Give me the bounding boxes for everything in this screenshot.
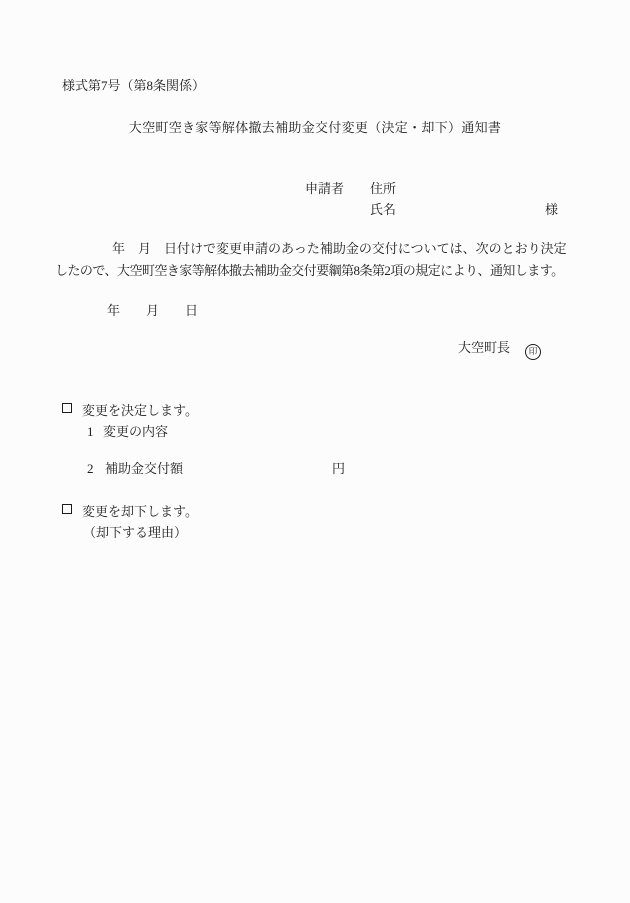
issue-date-line: 年 月 日	[107, 304, 198, 317]
seal-icon: 印	[525, 344, 541, 360]
applicant-honorific: 様	[545, 203, 558, 216]
body-paragraph-line2: したので、大空町空き家等解体撤去補助金交付要綱第8条第2項の規定により、通知しま…	[55, 264, 564, 277]
body-paragraph-line1: 年 月 日付けで変更申請のあった補助金の交付については、次のとおり決定	[112, 242, 567, 255]
document-title: 大空町空き家等解体撤去補助金交付変更（決定・却下）通知書	[0, 121, 630, 134]
issuer-line: 大空町長印	[458, 341, 541, 360]
decision-item-number: 1	[87, 425, 94, 438]
document-page: 様式第7号（第8条関係） 大空町空き家等解体撤去補助金交付変更（決定・却下）通知…	[0, 0, 630, 903]
decision-checkbox[interactable]	[62, 403, 72, 413]
rejection-checkbox-label: 変更を却下します。	[82, 505, 198, 518]
rejection-reason-label: （却下する理由）	[83, 526, 187, 539]
applicant-address-label: 住所	[370, 182, 396, 195]
applicant-name-label: 氏名	[370, 203, 396, 216]
applicant-label: 申請者	[305, 182, 344, 195]
form-number: 様式第7号（第8条関係）	[62, 79, 205, 92]
rejection-checkbox[interactable]	[62, 504, 72, 514]
issuer-name: 大空町長	[458, 340, 510, 355]
subsidy-item-label: 補助金交付額	[105, 462, 183, 475]
subsidy-amount-unit: 円	[332, 462, 345, 475]
decision-item-label: 変更の内容	[103, 425, 168, 438]
subsidy-item-number: 2	[87, 462, 94, 475]
decision-checkbox-label: 変更を決定します。	[82, 404, 198, 417]
